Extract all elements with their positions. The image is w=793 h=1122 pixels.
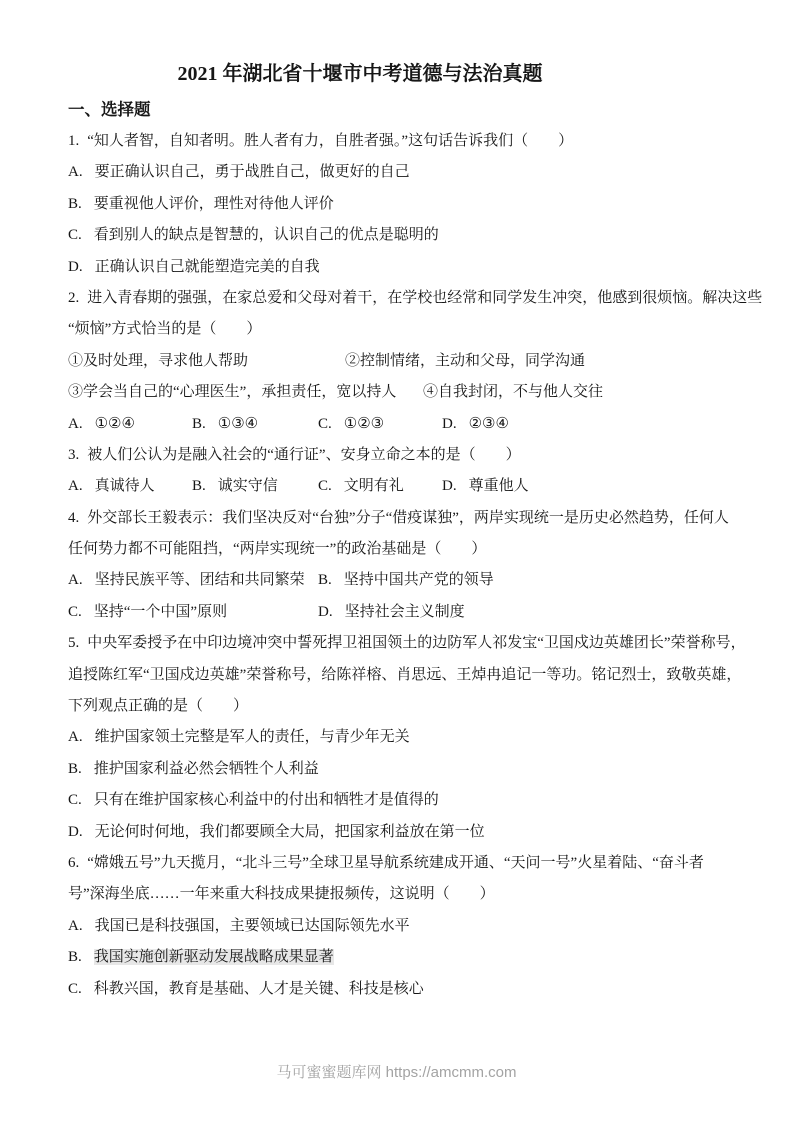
choice-c: C.坚持“一个中国”原则 bbox=[68, 597, 318, 628]
question-stem-continued: 追授陈红军“卫国戍边英雄”荣誉称号，给陈祥榕、肖思远、王焯冉追记一等功。铭记烈士… bbox=[68, 660, 743, 691]
choice-row: A.坚持民族平等、团结和共同繁荣 B.坚持中国共产党的领导 bbox=[68, 565, 743, 596]
question-stem-continued: 任何势力都不可能阻挡，“两岸实现统一”的政治基础是（ ） bbox=[68, 534, 743, 565]
choice-text: 坚持“一个中国”原则 bbox=[94, 604, 227, 620]
question-number: 6. bbox=[68, 848, 79, 879]
question-stem: 2.进入青春期的强强，在家总爱和父母对着干，在学校也经常和同学发生冲突，他感到很… bbox=[68, 283, 743, 314]
choice-label: C. bbox=[68, 785, 82, 816]
choice-text: 无论何时何地，我们都要顾全大局，把国家利益放在第一位 bbox=[95, 824, 485, 840]
question-number: 2. bbox=[68, 283, 79, 314]
numbered-items-row: ①及时处理，寻求他人帮助 ②控制情绪，主动和父母，同学沟通 bbox=[68, 346, 743, 377]
choice-a: A.真诚待人 bbox=[68, 471, 192, 502]
choice-label: C. bbox=[318, 471, 332, 502]
section-heading: 一、选择题 bbox=[68, 98, 793, 122]
question-5: 5.中央军委授予在中印边境冲突中誓死捍卫祖国领土的边防军人祁发宝“卫国戍边英雄团… bbox=[68, 628, 743, 848]
question-4: 4.外交部长王毅表示：我们坚决反对“台独”分子“借疫谋独”，两岸实现统一是历史必… bbox=[68, 503, 743, 629]
question-stem: 6.“嫦娥五号”九天揽月，“北斗三号”全球卫星导航系统建成开通、“天问一号”火星… bbox=[68, 848, 743, 879]
choice-d: D.②③④ bbox=[442, 409, 509, 440]
choice-text: 维护国家领土完整是军人的责任，与青少年无关 bbox=[95, 729, 410, 745]
choice-b: B.坚持中国共产党的领导 bbox=[318, 565, 494, 596]
choice-row: C.坚持“一个中国”原则 D.坚持社会主义制度 bbox=[68, 597, 743, 628]
item-2: ②控制情绪，主动和父母，同学沟通 bbox=[345, 346, 585, 377]
choice-label: D. bbox=[318, 597, 333, 628]
question-1: 1.“知人者智，自知者明。胜人者有力，自胜者强。”这句话告诉我们（ ） A.要正… bbox=[68, 126, 743, 283]
choice-text: 诚实守信 bbox=[218, 478, 278, 494]
question-3: 3.被人们公认为是融入社会的“通行证”、安身立命之本的是（ ） A.真诚待人 B… bbox=[68, 440, 743, 503]
choice-a: A.我国已是科技强国，主要领域已达国际领先水平 bbox=[68, 911, 743, 942]
choice-text: ①③④ bbox=[218, 416, 258, 432]
choice-b: B.要重视他人评价，理性对待他人评价 bbox=[68, 189, 743, 220]
choice-text: 坚持民族平等、团结和共同繁荣 bbox=[95, 572, 305, 588]
choice-b: B.推护国家利益必然会牺牲个人利益 bbox=[68, 754, 743, 785]
choice-label: D. bbox=[442, 409, 457, 440]
choice-text: 我国已是科技强国，主要领域已达国际领先水平 bbox=[95, 918, 410, 934]
question-number: 5. bbox=[68, 628, 79, 659]
choice-text: 正确认识自己就能塑造完美的自我 bbox=[95, 259, 320, 275]
choice-label: A. bbox=[68, 409, 83, 440]
question-number: 1. bbox=[68, 126, 79, 157]
choice-text: 推护国家利益必然会牺牲个人利益 bbox=[94, 761, 319, 777]
question-stem: 5.中央军委授予在中印边境冲突中誓死捍卫祖国领土的边防军人祁发宝“卫国戍边英雄团… bbox=[68, 628, 743, 659]
question-stem-text: “知人者智，自知者明。胜人者有力，自胜者强。”这句话告诉我们（ ） bbox=[87, 133, 573, 149]
choice-text: 看到别人的缺点是智慧的，认识自己的优点是聪明的 bbox=[94, 227, 439, 243]
questions-area: 1.“知人者智，自知者明。胜人者有力，自胜者强。”这句话告诉我们（ ） A.要正… bbox=[68, 126, 743, 1005]
choice-b-highlighted: B.我国实施创新驱动发展战略成果显著 bbox=[68, 942, 743, 973]
question-6: 6.“嫦娥五号”九天揽月，“北斗三号”全球卫星导航系统建成开通、“天问一号”火星… bbox=[68, 848, 743, 1005]
choice-c: C.①②③ bbox=[318, 409, 442, 440]
choice-text: 文明有礼 bbox=[344, 478, 404, 494]
question-stem-text: “嫦娥五号”九天揽月，“北斗三号”全球卫星导航系统建成开通、“天问一号”火星着陆… bbox=[87, 855, 704, 871]
question-stem-text: 外交部长王毅表示：我们坚决反对“台独”分子“借疫谋独”，两岸实现统一是历史必然趋… bbox=[87, 510, 729, 526]
choice-label: B. bbox=[192, 471, 206, 502]
item-1: ①及时处理，寻求他人帮助 bbox=[68, 346, 345, 377]
item-4: ④自我封闭，不与他人交往 bbox=[423, 377, 603, 408]
choice-label: C. bbox=[68, 974, 82, 1005]
choice-label: A. bbox=[68, 565, 83, 596]
choice-text: ①②③ bbox=[344, 416, 384, 432]
question-stem-continued: 号”深海坐底……一年来重大科技成果捷报频传，这说明（ ） bbox=[68, 879, 743, 910]
choice-text-highlighted: 我国实施创新驱动发展战略成果显著 bbox=[94, 949, 334, 965]
choice-label: C. bbox=[68, 597, 82, 628]
choice-c: C.文明有礼 bbox=[318, 471, 442, 502]
choice-row: A.真诚待人 B.诚实守信 C.文明有礼 D.尊重他人 bbox=[68, 471, 743, 502]
question-number: 4. bbox=[68, 503, 79, 534]
question-number: 3. bbox=[68, 440, 79, 471]
choice-a: A.坚持民族平等、团结和共同繁荣 bbox=[68, 565, 318, 596]
choice-c: C.只有在维护国家核心利益中的付出和牺牲才是值得的 bbox=[68, 785, 743, 816]
choice-text: 科教兴国，教育是基础、人才是关键、科技是核心 bbox=[94, 981, 424, 997]
question-stem-continued: 下列观点正确的是（ ） bbox=[68, 691, 743, 722]
question-stem-continued: “烦恼”方式恰当的是（ ） bbox=[68, 314, 743, 345]
item-3: ③学会当自己的“心理医生”，承担责任，宽以持人 bbox=[68, 377, 423, 408]
choice-d: D.正确认识自己就能塑造完美的自我 bbox=[68, 252, 743, 283]
choice-b: B.①③④ bbox=[192, 409, 318, 440]
choice-label: B. bbox=[192, 409, 206, 440]
choice-text: ①②④ bbox=[95, 416, 135, 432]
choice-a: A.①②④ bbox=[68, 409, 192, 440]
choice-d: D.无论何时何地，我们都要顾全大局，把国家利益放在第一位 bbox=[68, 817, 743, 848]
choice-a: A.要正确认识自己，勇于战胜自己，做更好的自己 bbox=[68, 157, 743, 188]
choice-label: A. bbox=[68, 722, 83, 753]
choice-d: D.尊重他人 bbox=[442, 471, 529, 502]
choice-label: D. bbox=[442, 471, 457, 502]
question-stem: 3.被人们公认为是融入社会的“通行证”、安身立命之本的是（ ） bbox=[68, 440, 743, 471]
choice-text: 坚持中国共产党的领导 bbox=[344, 572, 494, 588]
choice-label: B. bbox=[68, 754, 82, 785]
question-stem: 1.“知人者智，自知者明。胜人者有力，自胜者强。”这句话告诉我们（ ） bbox=[68, 126, 743, 157]
choice-label: B. bbox=[318, 565, 332, 596]
choice-label: C. bbox=[68, 220, 82, 251]
choice-label: C. bbox=[318, 409, 332, 440]
choice-text: 尊重他人 bbox=[469, 478, 529, 494]
choice-label: A. bbox=[68, 911, 83, 942]
choice-text: 要正确认识自己，勇于战胜自己，做更好的自己 bbox=[95, 164, 410, 180]
choice-c: C.看到别人的缺点是智慧的，认识自己的优点是聪明的 bbox=[68, 220, 743, 251]
choice-b: B.诚实守信 bbox=[192, 471, 318, 502]
choice-text: 只有在维护国家核心利益中的付出和牺牲才是值得的 bbox=[94, 792, 439, 808]
choice-a: A.维护国家领土完整是军人的责任，与青少年无关 bbox=[68, 722, 743, 753]
choice-text: ②③④ bbox=[469, 416, 509, 432]
choice-d: D.坚持社会主义制度 bbox=[318, 597, 465, 628]
choice-text: 坚持社会主义制度 bbox=[345, 604, 465, 620]
choice-label: A. bbox=[68, 157, 83, 188]
numbered-items-row: ③学会当自己的“心理医生”，承担责任，宽以持人 ④自我封闭，不与他人交往 bbox=[68, 377, 743, 408]
choice-text: 要重视他人评价，理性对待他人评价 bbox=[94, 196, 334, 212]
question-stem-text: 中央军委授予在中印边境冲突中誓死捍卫祖国领土的边防军人祁发宝“卫国戍边英雄团长”… bbox=[87, 635, 745, 651]
question-stem-text: 进入青春期的强强，在家总爱和父母对着干，在学校也经常和同学发生冲突，他感到很烦恼… bbox=[87, 290, 762, 306]
choice-row: A.①②④ B.①③④ C.①②③ D.②③④ bbox=[68, 409, 743, 440]
choice-c: C.科教兴国，教育是基础、人才是关键、科技是核心 bbox=[68, 974, 743, 1005]
document-page: 2021 年湖北省十堰市中考道德与法治真题 一、选择题 1.“知人者智，自知者明… bbox=[0, 0, 793, 1122]
question-2: 2.进入青春期的强强，在家总爱和父母对着干，在学校也经常和同学发生冲突，他感到很… bbox=[68, 283, 743, 440]
choice-text: 真诚待人 bbox=[95, 478, 155, 494]
choice-label: D. bbox=[68, 817, 83, 848]
footer-watermark: 马可蜜蜜题库网 https://amcmm.com bbox=[0, 1005, 793, 1084]
choice-label: B. bbox=[68, 942, 82, 973]
question-stem-text: 被人们公认为是融入社会的“通行证”、安身立命之本的是（ ） bbox=[87, 447, 520, 463]
choice-label: B. bbox=[68, 189, 82, 220]
choice-label: A. bbox=[68, 471, 83, 502]
choice-label: D. bbox=[68, 252, 83, 283]
exam-title: 2021 年湖北省十堰市中考道德与法治真题 bbox=[0, 0, 720, 88]
question-stem: 4.外交部长王毅表示：我们坚决反对“台独”分子“借疫谋独”，两岸实现统一是历史必… bbox=[68, 503, 743, 534]
